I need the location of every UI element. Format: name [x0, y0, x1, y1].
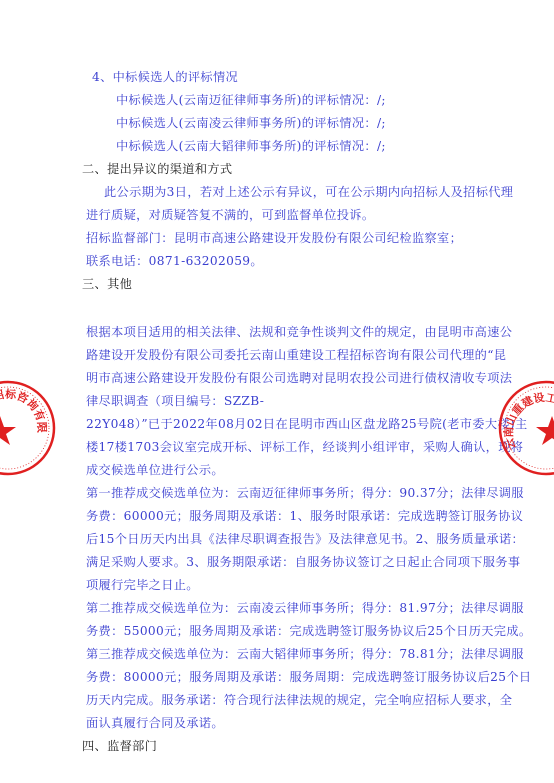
other-line: 22Y048）”已于2022年08月02日在昆明市西山区盘龙路25号院(老市委大… [86, 413, 476, 436]
candidate-3-line: 第三推荐成交候选单位为：云南大韬律师事务所；得分：78.81分；法律尽调服 [86, 643, 476, 666]
subsection-title: 4、中标候选人的评标情况 [86, 66, 476, 89]
evaluation-item-2: 中标候选人(云南凌云律师事务所)的评标情况：/; [86, 112, 476, 135]
candidate-1-line: 第一推荐成交候选单位为：云南迈征律师事务所；得分：90.37分；法律尽调服 [86, 482, 476, 505]
contact-phone: 联系电话：0871-63202059。 [86, 250, 476, 273]
candidate-1-line: 务费：60000元；服务周期及承诺：1、服务时限承诺：完成选聘签订服务协议 [86, 505, 476, 528]
other-line: 楼17楼1703会议室完成开标、评标工作，经谈判小组评审，采购人确认，现将 [86, 436, 476, 459]
company-seal-right-icon: 云南山重建设工程 [496, 378, 554, 478]
evaluation-item-1: 中标候选人(云南迈征律师事务所)的评标情况：/; [86, 89, 476, 112]
candidate-3-line: 历天内完成。服务承诺：符合现行法律法规的规定，完全响应招标人要求，全 [86, 689, 476, 712]
supervision-dept: 招标监督部门：昆明市高速公路建设开发股份有限公司纪检监察室； [86, 227, 476, 250]
candidate-1-line: 项履行完毕之日止。 [86, 574, 476, 597]
company-seal-left-icon: 招标咨询有限公司 [0, 378, 58, 478]
section-heading-objection: 二、提出异议的渠道和方式 [82, 158, 476, 181]
other-line: 路建设开发股份有限公司委托云南山重建设工程招标咨询有限公司代理的“昆 [86, 344, 476, 367]
other-line: 明市高速公路建设开发股份有限公司选聘对昆明农投公司进行债权清收专项法 [86, 367, 476, 390]
candidate-2-line: 第二推荐成交候选单位为：云南凌云律师事务所；得分：81.97分；法律尽调服 [86, 597, 476, 620]
document-page: 4、中标候选人的评标情况 中标候选人(云南迈征律师事务所)的评标情况：/; 中标… [86, 66, 476, 758]
other-line: 律尽职调查（项目编号：SZZB- [86, 390, 476, 413]
other-line: 根据本项目适用的相关法律、法规和竞争性谈判文件的规定，由昆明市高速公 [86, 321, 476, 344]
objection-text-2: 进行质疑，对质疑答复不满的，可到监督单位投诉。 [86, 204, 476, 227]
candidate-1-line: 满足采购人要求。3、服务期限承诺：自服务协议签订之日起止合同项下服务事 [86, 551, 476, 574]
objection-text-1: 此公示期为3日，若对上述公示有异议，可在公示期内向招标人及招标代理 [86, 181, 476, 204]
evaluation-item-3: 中标候选人(云南大韬律师事务所)的评标情况：/; [86, 135, 476, 158]
section-heading-supervision: 四、监督部门 [82, 735, 476, 758]
other-line: 成交候选单位进行公示。 [86, 459, 476, 482]
candidate-1-line: 后15个日历天内出具《法律尽职调查报告》及法律意见书。2、服务质量承诺： [86, 528, 476, 551]
candidate-2-line: 务费：55000元；服务周期及承诺：完成选聘签订服务协议后25个日历天完成。 [86, 620, 476, 643]
candidate-3-line: 面认真履行合同及承诺。 [86, 712, 476, 735]
section-heading-other: 三、其他 [82, 273, 476, 296]
candidate-3-line: 务费：80000元；服务周期及承诺：服务周期：完成选聘签订服务协议后25个日 [86, 666, 476, 689]
